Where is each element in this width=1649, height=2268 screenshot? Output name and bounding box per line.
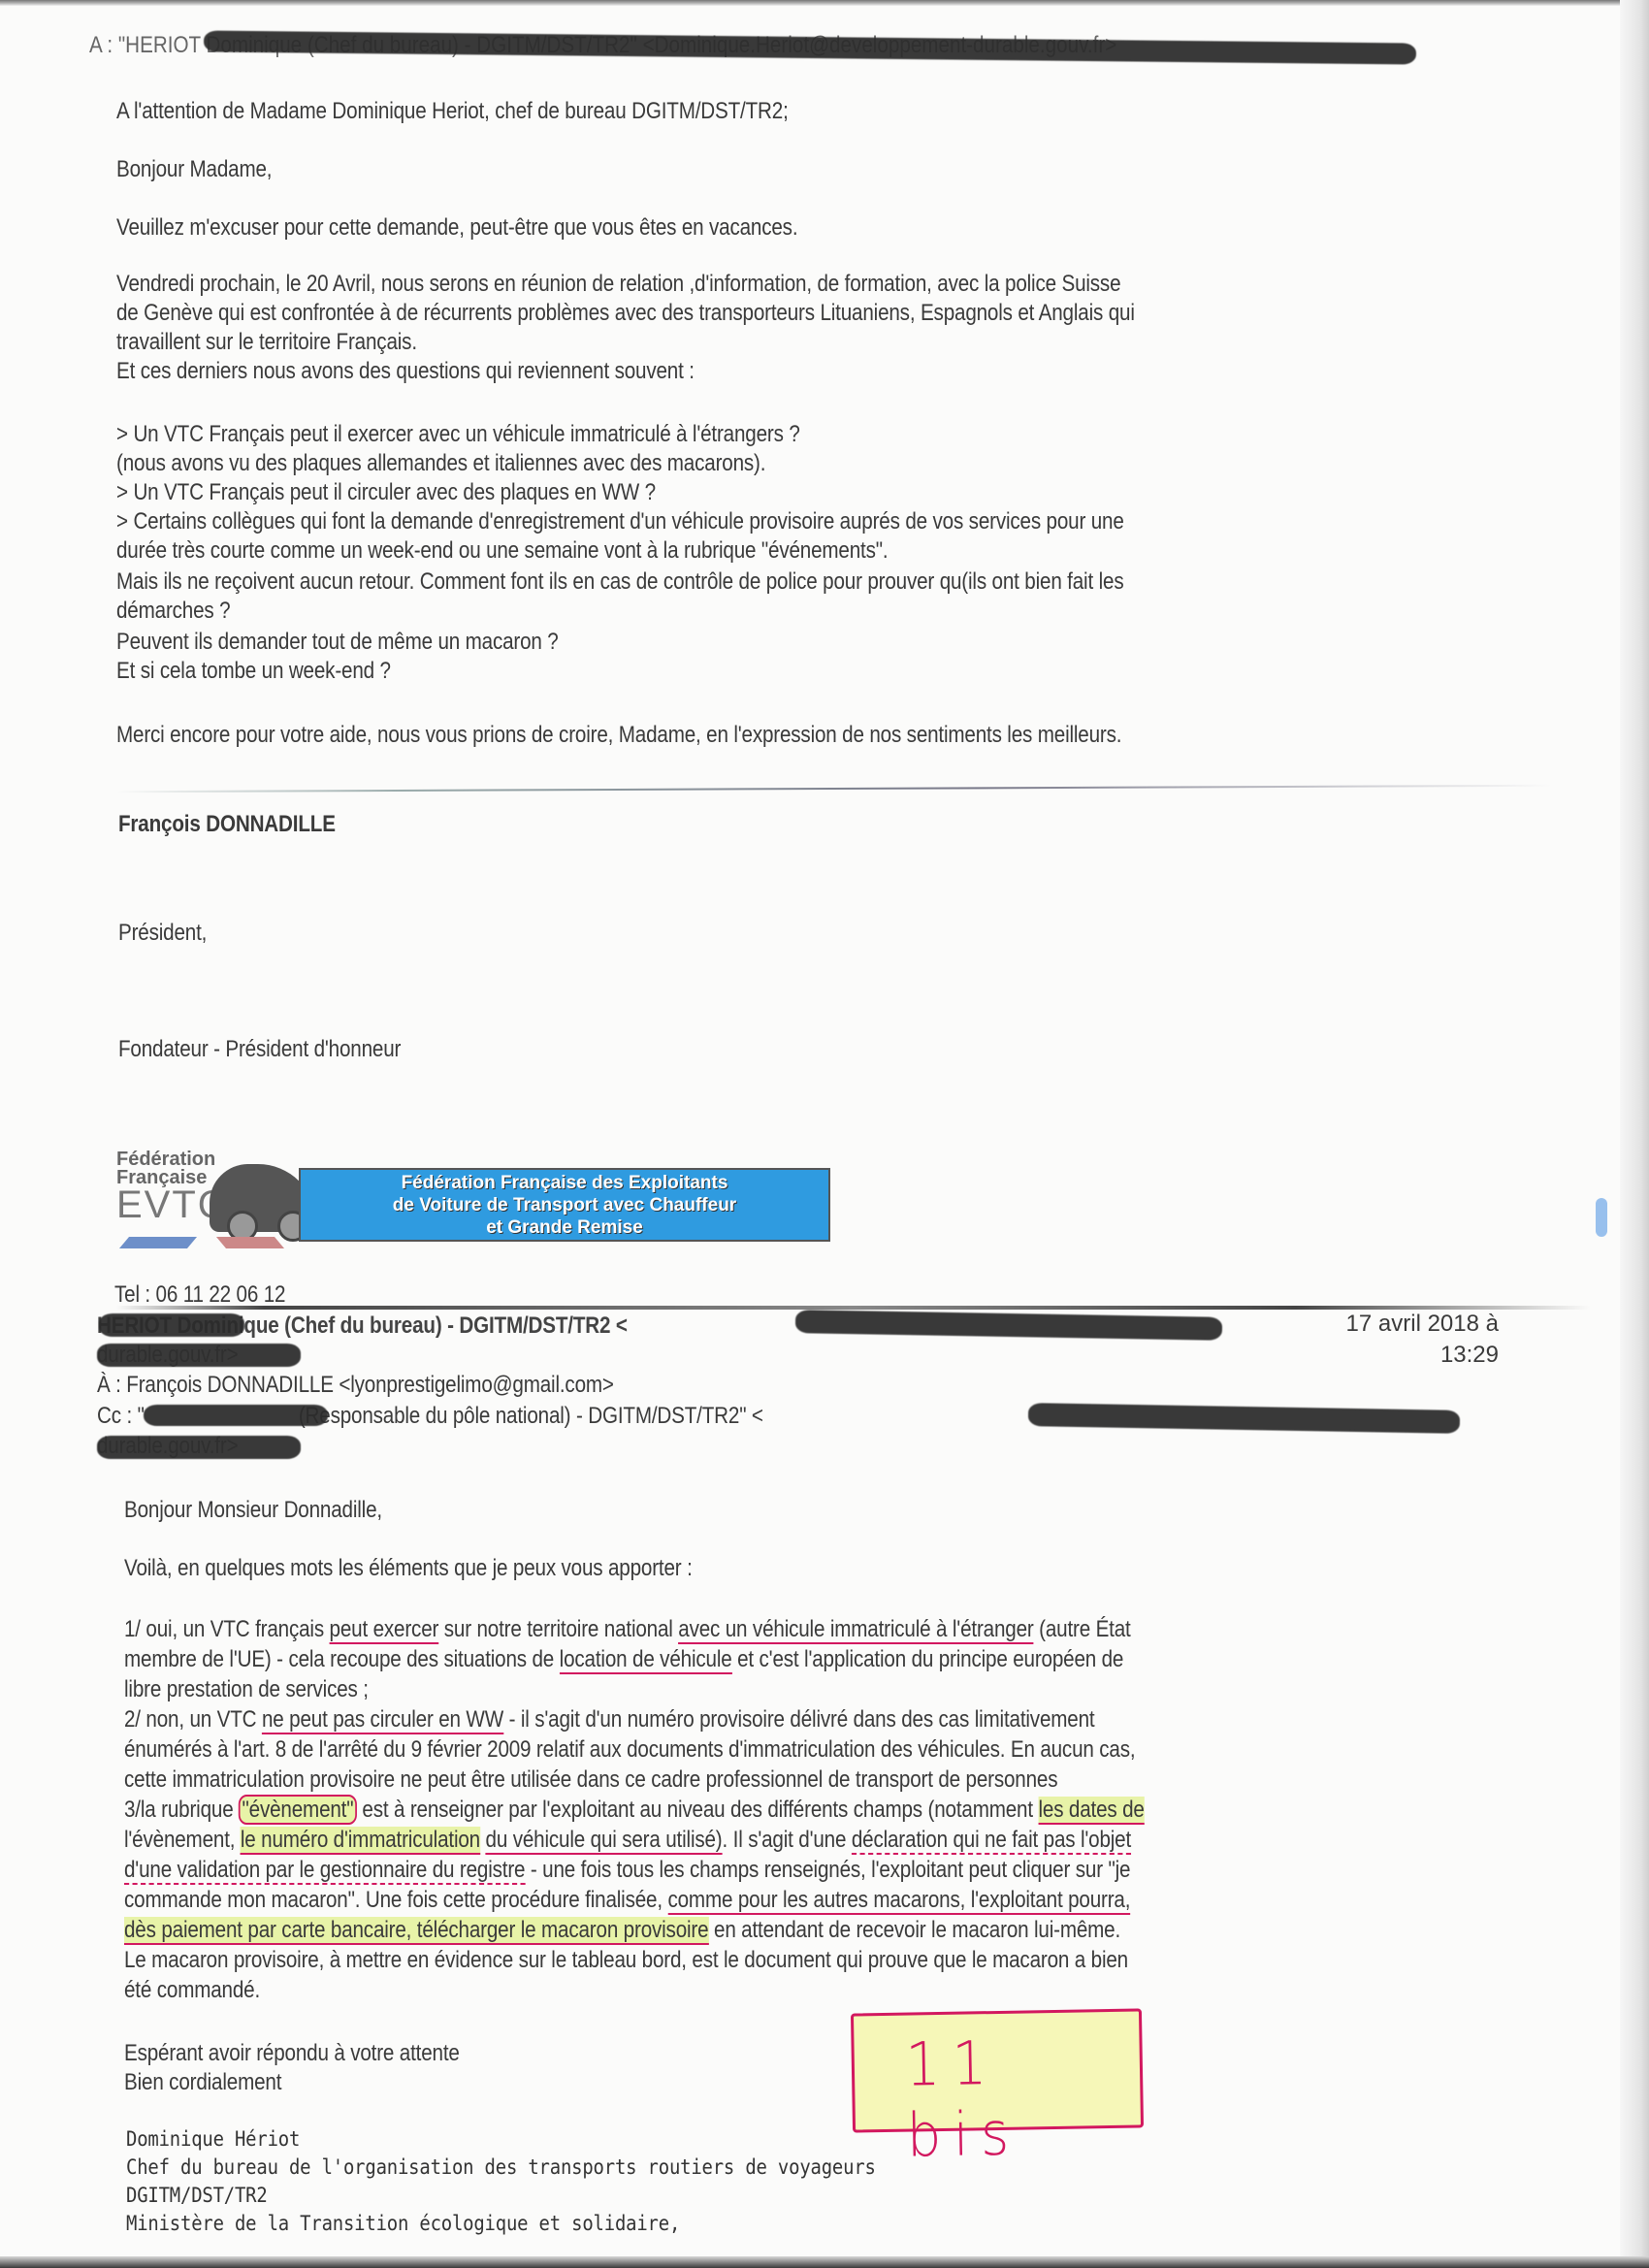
redaction-mark: [795, 1310, 1222, 1341]
greeting: Bonjour Madame,: [116, 155, 272, 184]
question-line: (nous avons vu des plaques allemandes et…: [116, 449, 765, 478]
reply-body-line: 1/ oui, un VTC français peut exercer sur…: [124, 1615, 1131, 1644]
underline-annotation: du véhicule qui sera utilisé): [486, 1827, 723, 1855]
redaction-mark: [97, 1344, 301, 1367]
logo-stripe: [119, 1237, 197, 1248]
sender-title: Président,: [118, 919, 207, 948]
logo-stripe: [216, 1237, 284, 1248]
closing: Merci encore pour votre aide, nous vous …: [116, 721, 1121, 750]
question-line: Mais ils ne reçoivent aucun retour. Comm…: [116, 567, 1123, 597]
underline-annotation: comme pour les autres macarons, l'exploi…: [667, 1887, 1130, 1915]
scan-edge-top: [0, 0, 1649, 6]
attention-line: A l'attention de Madame Dominique Heriot…: [116, 97, 789, 126]
divider: [116, 785, 1552, 793]
highlight-annotation: dès paiement par carte bancaire, télécha…: [124, 1917, 708, 1945]
reply-body-line: l'évènement, le numéro d'immatriculation…: [124, 1826, 1131, 1855]
reply-body-line: cette immatriculation provisoire ne peut…: [124, 1766, 1057, 1795]
sender-name: François DONNADILLE: [118, 810, 336, 839]
reply-body-line: énumérés à l'art. 8 de l'arrêté du 9 fév…: [124, 1735, 1135, 1765]
reply-body-line: dès paiement par carte bancaire, télécha…: [124, 1916, 1120, 1945]
email-date: 17 avril 2018 à: [1212, 1310, 1499, 1339]
reply-signature-line: DGITM/DST/TR2: [126, 2181, 268, 2210]
dashed-underline-annotation: d'une validation par le gestionnaire du …: [124, 1857, 525, 1885]
reply-body-line: commande mon macaron". Une fois cette pr…: [124, 1886, 1130, 1915]
underline-annotation: peut exercer: [330, 1616, 439, 1644]
email-time: 13:29: [1212, 1341, 1499, 1370]
circled-annotation: "évènement": [239, 1795, 357, 1825]
underline-annotation: avec un véhicule immatriculé à l'étrange…: [678, 1616, 1033, 1644]
reply-closing: Bien cordialement: [124, 2068, 281, 2097]
scan-edge-right: [1620, 0, 1649, 2268]
reply-signature-line: Dominique Hériot: [126, 2124, 300, 2154]
logo-banner: Fédération Française des Exploitants de …: [299, 1168, 830, 1242]
scan-edge-bottom: [0, 2256, 1649, 2268]
question-line: > Un VTC Français peut il exercer avec u…: [116, 420, 800, 449]
intro-line: travaillent sur le territoire Français.: [116, 328, 417, 357]
redaction-mark: [99, 1313, 244, 1337]
logo-emblem: FédérationFrançaise EVTC: [114, 1145, 308, 1242]
redaction-mark: [1028, 1403, 1460, 1434]
intro-line: Vendredi prochain, le 20 Avril, nous ser…: [116, 270, 1120, 299]
dashed-underline-annotation: déclaration qui ne fait pas l'objet: [852, 1827, 1131, 1855]
reply-body-line: libre prestation de services ;: [124, 1675, 369, 1704]
to-line: À : François DONNADILLE <lyonprestigelim…: [97, 1371, 614, 1400]
question-line: démarches ?: [116, 597, 230, 626]
redaction-mark: [97, 1436, 301, 1459]
reply-greeting: Bonjour Monsieur Donnadille,: [124, 1496, 382, 1525]
intro-line: de Genève qui est confrontée à de récurr…: [116, 299, 1135, 328]
highlight-annotation: les dates de: [1038, 1797, 1144, 1825]
ink-mark: [1596, 1198, 1607, 1237]
reply-body-line: été commandé.: [124, 1976, 260, 2005]
question-line: Et si cela tombe un week-end ?: [116, 657, 391, 686]
handwritten-label: 11 bis: [905, 2025, 1129, 2171]
reply-body-line: d'une validation par le gestionnaire du …: [124, 1856, 1130, 1885]
redaction-mark: [144, 1405, 328, 1426]
reply-body-line: membre de l'UE) - cela recoupe des situa…: [124, 1645, 1123, 1674]
underline-annotation: location de véhicule: [560, 1646, 732, 1674]
handwritten-annotation-box: 11 bis: [851, 2008, 1144, 2132]
highlight-annotation: le numéro d'immatriculation: [241, 1827, 480, 1855]
reply-body-line: Le macaron provisoire, à mettre en évide…: [124, 1946, 1128, 1975]
sender-title-2: Fondateur - Président d'honneur: [118, 1035, 401, 1064]
question-line: > Un VTC Français peut il circuler avec …: [116, 478, 656, 507]
reply-intro: Voilà, en quelques mots les éléments que…: [124, 1554, 693, 1583]
underline-annotation: ne peut pas circuler en WW: [262, 1706, 503, 1734]
reply-body-line: 2/ non, un VTC ne peut pas circuler en W…: [124, 1705, 1094, 1734]
question-line: > Certains collègues qui font la demande…: [116, 507, 1124, 536]
federation-logo: FédérationFrançaise EVTC Fédération Fran…: [114, 1145, 832, 1251]
apology: Veuillez m'excuser pour cette demande, p…: [116, 213, 797, 243]
reply-signature-line: Ministère de la Transition écologique et…: [126, 2209, 680, 2238]
question-line: Peuvent ils demander tout de même un mac…: [116, 628, 559, 657]
intro-line: Et ces derniers nous avons des questions…: [116, 357, 695, 386]
reply-closing: Espérant avoir répondu à votre attente: [124, 2039, 460, 2068]
reply-body-line: 3/la rubrique "évènement" est à renseign…: [124, 1796, 1145, 1825]
question-line: durée très courte comme un week-end ou u…: [116, 536, 888, 566]
reply-signature-line: Chef du bureau de l'organisation des tra…: [126, 2153, 876, 2182]
